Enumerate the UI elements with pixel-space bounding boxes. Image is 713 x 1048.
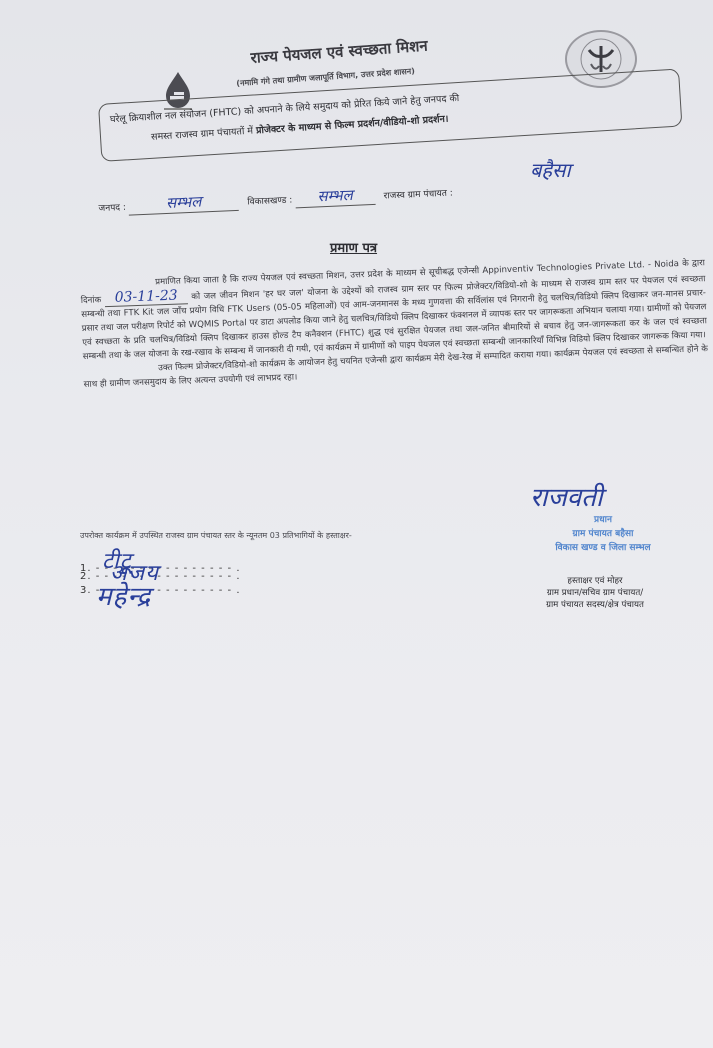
signatory-label: हस्ताक्षर एवं मोहर ग्राम प्रधान/सचिव ग्र… — [500, 575, 690, 611]
gram-panchayat-label: राजस्व ग्राम पंचायत : — [383, 189, 452, 202]
stamp-line-3: विकास खण्ड व जिला सम्भल — [528, 541, 678, 555]
certificate-page: राज्य पेयजल एवं स्वच्छता मिशन (नमामि गंग… — [0, 0, 713, 1048]
stamp-line-1: प्रधान — [528, 513, 678, 527]
participant-signature: अजय — [110, 568, 425, 579]
official-stamp: प्रधान ग्राम पंचायत बहैसा विकास खण्ड व ज… — [528, 513, 678, 555]
signatory-label-line-1: हस्ताक्षर एवं मोहर — [500, 575, 690, 587]
stamp-line-2: ग्राम पंचायत बहैसा — [528, 527, 678, 541]
block-label: विकासखण्ड : — [247, 196, 292, 208]
certificate-body: प्रमाणित किया जाता है कि राज्य पेयजल एवं… — [80, 256, 709, 392]
gram-panchayat-value: बहैसा — [530, 156, 571, 183]
event-date: 03-11-23 — [104, 287, 187, 307]
participants-section: उपरोक्त कार्यक्रम में उपस्थित राजस्व ग्र… — [80, 530, 425, 603]
district-value: सम्भल — [128, 190, 239, 216]
participant-row: 3. - - - - - - - - - - - - - - - - . महे… — [80, 585, 425, 603]
participant-number: 3. — [80, 585, 92, 596]
district-label: जनपद : — [98, 203, 126, 214]
participant-signature: महेन्द्र — [96, 592, 425, 603]
signatory-label-line-2: ग्राम प्रधान/सचिव ग्राम पंचायत/ — [500, 587, 690, 599]
signatory-label-line-3: ग्राम पंचायत सदस्य/क्षेत्र पंचायत — [500, 599, 690, 611]
participants-intro: उपरोक्त कार्यक्रम में उपस्थित राजस्व ग्र… — [80, 530, 425, 541]
location-fields: जनपद : सम्भल विकासखण्ड : सम्भल राजस्व ग्… — [98, 181, 453, 217]
participant-row: 2. - - - - - - - - - - - - - - - - . अजय — [80, 571, 425, 579]
participant-number: 2. — [80, 571, 92, 582]
banner-line-2-normal: समस्त राजस्व ग्राम पंचायतों में — [151, 125, 257, 142]
pradhan-signature: राजवती — [530, 478, 603, 514]
organization-title: राज्य पेयजल एवं स्वच्छता मिशन — [250, 36, 428, 68]
block-value: सम्भल — [295, 184, 376, 208]
certificate-title: प्रमाण पत्र — [330, 238, 377, 256]
